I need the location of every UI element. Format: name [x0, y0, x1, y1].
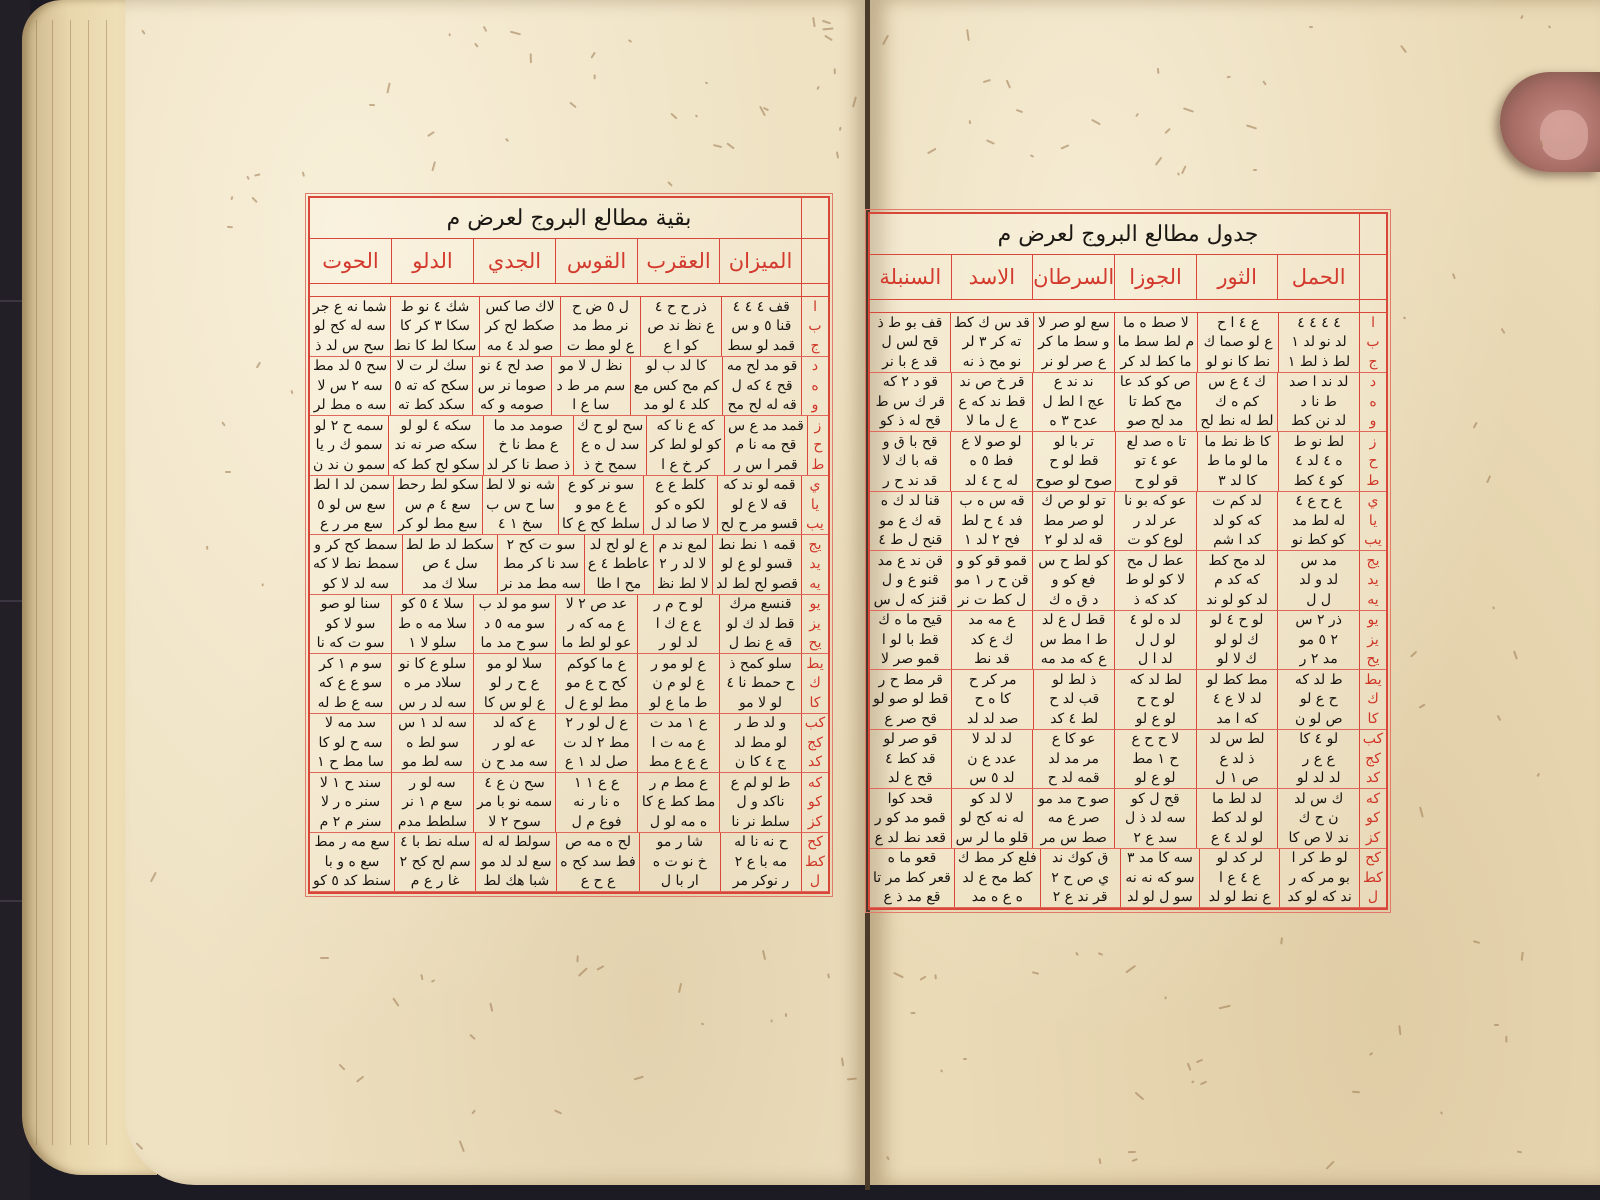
table-value: صر ع مه — [1033, 809, 1114, 829]
table-cell-column: ل ٥ ض حنر مط مدع لو مط ت — [560, 297, 640, 356]
table-value: لر كد لو — [1200, 849, 1279, 869]
table-value: قو لو ح — [1116, 471, 1196, 491]
table-value: لاك صا كس — [480, 297, 559, 317]
column-header: الاسد — [951, 255, 1033, 299]
table-value: سلط نر نا — [720, 812, 801, 832]
table-value: لو ع لو — [1115, 769, 1196, 789]
table-value: ما كط لد كر — [1115, 352, 1197, 372]
index-column: ابج — [801, 297, 828, 356]
table-cell-column: قنا لد ك هقه ك ع موقنح ل ط ٤ — [870, 492, 951, 551]
table-value: سك لر ت لا — [391, 357, 472, 377]
row-index-numeral: كط — [1360, 868, 1386, 888]
table-cell-column: مد سلد و لدل ل — [1277, 551, 1359, 610]
table-value: لد لط ما — [1197, 789, 1278, 809]
table-value: قن ح ر ١ مو — [952, 571, 1033, 591]
row-index-numeral: ه — [1360, 392, 1386, 412]
row-index-numeral: ا — [1360, 313, 1386, 333]
index-column: يطككا — [801, 654, 828, 713]
table-value: سو م ١ كر — [310, 654, 391, 674]
table-value: ع لو مط ت — [561, 336, 640, 356]
table-value: قمو مد كو ر — [870, 809, 951, 829]
table-value: سه مد ح ن — [474, 753, 555, 773]
table-value: لد كم ت — [1197, 492, 1278, 512]
row-index-numeral: كا — [1360, 709, 1386, 729]
table-value: ط لو لم ع — [720, 773, 801, 793]
table-value: ذ لد ع — [1197, 749, 1278, 769]
row-index-numeral: يه — [1360, 590, 1386, 610]
table-value: ه ع ه مد — [955, 888, 1040, 908]
table-value: قد ع با نر — [870, 352, 950, 372]
table-value: مط لو ع ل — [556, 693, 637, 713]
table-value: سه لو ر — [392, 773, 473, 793]
table-value: قسو لو ع لو — [713, 555, 801, 575]
table-value: لد لد لو — [1278, 769, 1359, 789]
table-cell-column: قح ل كوسه لد ذ لسد ع ٢ — [1114, 789, 1196, 848]
table-value: قع مد ذ ع — [870, 888, 954, 908]
header-spacer — [870, 300, 1386, 313]
table-value: سوح ٢ لا — [474, 812, 555, 832]
thumbnail — [1540, 110, 1588, 160]
row-index-numeral: كه — [802, 773, 828, 793]
index-column: يويزيح — [1359, 611, 1386, 670]
table-value: ه مه لو ل — [638, 812, 719, 832]
table-value: سد نا كر مط — [498, 555, 584, 575]
column-header: القوس — [555, 239, 637, 283]
table-value: سلا ك مد — [403, 574, 497, 594]
table-value: سكو لط رحط — [394, 476, 482, 496]
table-value: ه نا ر نه — [556, 793, 637, 813]
table-value: لو ح ح — [1115, 690, 1196, 710]
table-value: سو ت كه نا — [310, 634, 391, 654]
table-value: لد نن كط — [1278, 412, 1359, 432]
index-column: ييايب — [801, 476, 828, 535]
table-cell-column: ع ح ع ٤له لط مدكو كط نو — [1277, 492, 1359, 551]
column-header: الثور — [1196, 255, 1278, 299]
table-cell-column: كو لط ح سفع كو ود ق ه ك — [1032, 551, 1114, 610]
table-value: لد لد لا — [952, 730, 1033, 750]
row-index-numeral: ي — [802, 476, 828, 496]
table-value: ع صر لو نر — [1034, 352, 1114, 372]
table-cell-column: سك لر ت لاسكح كه ته ٥سكد كط ته — [390, 357, 472, 416]
row-group: دهوقو مد لح مهقح ٤ كه لقه له لح محكا لد … — [310, 357, 828, 417]
table-value: عج ا لط ل — [1033, 392, 1114, 412]
row-index-numeral: كط — [802, 852, 828, 872]
table-value: لو ٤ كا — [1278, 730, 1359, 750]
table-value: لا كو لو ط — [1115, 571, 1196, 591]
table-value: شبا هك لط — [476, 872, 556, 892]
table-value: قر ك س ط — [870, 392, 951, 412]
table-cell-column: لد لط مالو لد كطلو لد ٤ ع — [1196, 789, 1278, 848]
row-group: كحكطللو ط كر ابو مر كه رند كه لو كدلر كد… — [870, 849, 1386, 909]
table-value: قعو ما ه — [870, 849, 954, 869]
table-value: و سط ما كر — [1034, 333, 1114, 353]
table-value: نط كا نو لو — [1198, 352, 1278, 372]
header-spacer — [310, 284, 828, 297]
table-cell-column: ك ٤ ع سكم ه كلط له نط لح — [1196, 373, 1278, 432]
row-index-numeral: كز — [802, 812, 828, 832]
column-header: العقرب — [637, 239, 719, 283]
table-value: سع مه ر مط — [310, 833, 394, 853]
table-value: سلا مه ه ط — [392, 614, 473, 634]
row-index-numeral: كح — [1360, 849, 1386, 869]
table-value: تر با لو — [1033, 432, 1116, 452]
table-value: ذ صط نا كر لد — [484, 455, 573, 475]
table-value: قد نط — [952, 650, 1033, 670]
table-cell-column: ع ما كوكمكح ح ع مومط لو ع ل — [555, 654, 637, 713]
paper-fiber — [576, 955, 578, 962]
table-cell-column: شما نه ع جرسه له كح لوسح س لد ذ — [310, 297, 390, 356]
column-header: الجدي — [473, 239, 555, 283]
column-header: الحوت — [310, 239, 391, 283]
table-cell-column: صومد مد ماع مط نا خذ صط نا كر لد — [483, 416, 573, 475]
table-value: ص ١ ل — [1197, 769, 1278, 789]
table-cell-column: سو نر كو عع ع مو وسلط كح ع كا — [558, 476, 643, 535]
table-value: ط ما ع لو — [638, 693, 719, 713]
table-value: له ح ٤ لد — [951, 471, 1031, 491]
table-value: سه مط مد نر — [498, 574, 584, 594]
table-value: ند ند ع — [1033, 373, 1114, 393]
row-index-numeral: كد — [802, 753, 828, 773]
table-value: كه ا مد — [1197, 709, 1278, 729]
table-value: ما لو ما ط — [1198, 452, 1278, 472]
row-group: كبكجكدلو ٤ كاع ع رلد لد لولط س لدذ لد عص… — [870, 730, 1386, 790]
table-cell-column: ح نه نا لهمه با ع ٢ر نوكر مر — [720, 833, 801, 892]
table-value: سع مر ر ع — [310, 515, 393, 535]
table-value: ح ١ مط — [1115, 749, 1196, 769]
table-value: ك لا لو — [1197, 650, 1278, 670]
table-value: قمد مد ع س — [725, 416, 807, 436]
row-index-numeral: كب — [802, 714, 828, 734]
table-cell-column: ع ع ١ ١ه نا ر نهفوع م ل — [555, 773, 637, 832]
row-index-numeral: يو — [1360, 611, 1386, 631]
table-value: ع لو م ن — [638, 674, 719, 694]
table-value: سمح خ ذ — [574, 455, 646, 475]
index-column: زحط — [807, 416, 828, 475]
table-cell-column: ك س لدن ح كند لا ص كا — [1277, 789, 1359, 848]
table-value: سمو ن ند ن — [310, 455, 388, 475]
table-cell-column: كا ظ نط ماما لو ما طكا لد ٣ — [1197, 432, 1278, 491]
table-value: قمد لو سط — [722, 336, 801, 356]
table-cell-column: سح ن ع ٤سمه نو با مرسوح ٢ لا — [473, 773, 555, 832]
table-value: صو ح مد مو — [1033, 789, 1114, 809]
table-value: لد لا ع ٤ — [1197, 690, 1278, 710]
table-value: ك لو لو — [1197, 630, 1278, 650]
table-value: قط ل ع لد — [1033, 611, 1114, 631]
table-value: قلو ما لر س — [952, 828, 1033, 848]
table-value: قو مد لح مه — [723, 357, 801, 377]
row-group: ييايبع ح ع ٤له لط مدكو كط نولد كم تكه كو… — [870, 492, 1386, 552]
table-value: سنر م ٢ م — [310, 812, 391, 832]
table-value: سد ع ٢ — [1115, 828, 1196, 848]
table-value: ر نوكر مر — [721, 872, 801, 892]
table-value: سكه ٤ لو لو — [389, 416, 482, 436]
row-index-numeral: كز — [1360, 828, 1386, 848]
row-index-numeral: ك — [1360, 690, 1386, 710]
table-value: سلطط مدم — [392, 812, 473, 832]
table-cell-column: قنسع مركقط لد ك لوقه ع نط ل — [719, 595, 801, 654]
table-value: كح ح ع مو — [556, 674, 637, 694]
paper-fiber — [1309, 26, 1313, 28]
row-group: يطككاسلو كمح ذح حمط نا ٤لو لا موع لو مو … — [310, 654, 828, 714]
table-cell-column: عو كه بو ناعر لد رلوع كو ت — [1114, 492, 1196, 551]
row-index-numeral: ط — [1360, 471, 1386, 491]
table-value: كا لد ب لو — [631, 357, 722, 377]
table-cell-column: قحد كواقمو مد كو رقعد نط لد ع — [870, 789, 951, 848]
table-cell-column: كه ع نا كهكو لو لط كركر خ ع ا — [646, 416, 724, 475]
table-value: سح س لد ذ — [310, 336, 390, 356]
table-value: سع لد لد مو — [476, 852, 556, 872]
table-value: سولط له له — [476, 833, 556, 853]
index-column: يجيديه — [801, 535, 828, 594]
table-cell-column: لط نو طه ٤ لد ٤كو ٤ كط — [1278, 432, 1359, 491]
table-cell-column: سلو كمح ذح حمط نا ٤لو لا مو — [719, 654, 801, 713]
table-value: لو صو لا ع — [951, 432, 1031, 452]
table-value: قمو صر لا — [870, 650, 951, 670]
table-value: قه لد لو ٢ — [1033, 531, 1114, 551]
table-value: لد ند ا صد — [1278, 373, 1359, 393]
row-index-numeral: يط — [802, 654, 828, 674]
table-value: مح ا طا — [585, 574, 653, 594]
table-value: ع ح ر لو — [474, 674, 555, 694]
table-value: سو ل لو لد — [1121, 888, 1200, 908]
table-cell-column: شك ٤ نو طسكا ٣ كر كاسكا لط كا نط — [390, 297, 480, 356]
table-cell-column: ذر ح ح ٤ع نظ ند صكو ا ع — [640, 297, 720, 356]
index-column: ييايب — [1359, 492, 1386, 551]
table-value: ع لو س كا — [474, 693, 555, 713]
table-value: سو ح مد ما — [474, 634, 555, 654]
row-group: ابج٤ ٤ ٤ ٤لد نو لد ١لط ذ لط ١ع ٤ ا حع لو… — [870, 313, 1386, 373]
left-table-body: ابجقف ٤ ٤ ٤قنا ٥ و سقمد لو سطذر ح ح ٤ع ن… — [310, 297, 828, 892]
table-value: لد نو لد ١ — [1279, 333, 1359, 353]
row-group: كحكطلح نه نا لهمه با ع ٢ر نوكر مرشا ر مو… — [310, 833, 828, 893]
table-value: سا مط ح ١ — [310, 753, 391, 773]
row-index-numeral: يد — [1360, 571, 1386, 591]
table-value: سع مط لو كر — [394, 515, 482, 535]
table-value: قنز كه ل س — [870, 590, 951, 610]
table-value: لو ح ٤ لو — [1197, 611, 1278, 631]
table-value: قمه لو ند كه — [718, 476, 801, 496]
table-value: ند كه لو كد — [1280, 888, 1359, 908]
table-cell-column: و لد ط رلو مط لدج ٤ كا ن — [719, 714, 801, 773]
table-value: لو لا مو — [720, 693, 801, 713]
table-value: لا صط ه ما — [1115, 313, 1197, 333]
index-column: كبكجكد — [1359, 730, 1386, 789]
table-value: كو لط ح س — [1033, 551, 1114, 571]
table-cell-column: ع ٤ ا حع لو صما كنط كا نو لو — [1197, 313, 1278, 372]
table-value: صد لح ٤ نو — [473, 357, 551, 377]
table-value: سكا لط كا نط — [391, 336, 480, 356]
table-value: عاطط ٤ ع — [585, 555, 653, 575]
table-cell-column: تو لو ص كلو صر مطقه لد لو ٢ — [1032, 492, 1114, 551]
table-value: فط ٥ ه — [951, 452, 1031, 472]
table-cell-column: قن ند ع مدقنو ع و لقنز كه ل س — [870, 551, 951, 610]
table-value: كلد ٤ لو مد — [631, 396, 722, 416]
table-value: ع كه مد مه — [1033, 650, 1114, 670]
table-value: قح لس ل — [870, 333, 950, 353]
table-value: سمه نو با مر — [474, 793, 555, 813]
table-value: صوح لو صوح — [1033, 471, 1116, 491]
table-value: لط س لد — [1197, 730, 1278, 750]
index-header — [801, 239, 828, 283]
table-value: قحد كوا — [870, 789, 951, 809]
table-value: سكح كه ته ٥ — [391, 376, 472, 396]
table-value: لد ا ل — [1115, 650, 1196, 670]
table-value: سكط لد ط لط — [403, 535, 497, 555]
table-cell-column: ع مط م رمط كط ع كاه مه لو ل — [637, 773, 719, 832]
table-value: سه له كح لو — [310, 317, 390, 337]
table-cell-column: لط لد كهلو ح حلو ع لو — [1114, 670, 1196, 729]
table-value: ك ع كد — [952, 630, 1033, 650]
table-value: ته كر ٣ لر — [951, 333, 1033, 353]
table-value: لا لط نظ — [654, 574, 712, 594]
right-table-body: ابج٤ ٤ ٤ ٤لد نو لد ١لط ذ لط ١ع ٤ ا حع لو… — [870, 313, 1386, 908]
table-value: قه ك ع مو — [870, 511, 951, 531]
column-header: الدلو — [391, 239, 473, 283]
table-value: قنو ع و ل — [870, 571, 951, 591]
table-value: ع نظ ند ص — [641, 317, 720, 337]
table-value: لا ح ح ع — [1115, 730, 1196, 750]
table-cell-column: عد ص ٢ لاع مه كه رعو لو لط ما — [555, 595, 637, 654]
row-index-numeral: ح — [808, 436, 828, 456]
table-value: قمه ١ نط نط — [713, 535, 801, 555]
table-value: ه ٤ لد ٤ — [1279, 452, 1359, 472]
table-value: فلع كر مط ك — [955, 849, 1040, 869]
row-index-numeral: كو — [802, 793, 828, 813]
table-cell-column: قمه لو ند كهقه لا ع لوقسو مر ح لح — [717, 476, 801, 535]
table-value: سكا ٣ كر كا — [391, 317, 480, 337]
page-edge-line — [106, 20, 107, 1145]
row-index-numeral: ه — [802, 376, 828, 396]
table-cell-column: سح ٥ لد مطسه ٢ س لاسه ه مط لر — [310, 357, 390, 416]
table-value: ع لو لح لد — [585, 535, 653, 555]
table-cell-column: ع كه لدعه لو رسه مد ح ن — [473, 714, 555, 773]
table-value: ج ٤ كا ن — [720, 753, 801, 773]
table-value: قنا ٥ و س — [722, 317, 801, 337]
table-value: سو لا كو — [310, 614, 391, 634]
table-value: قه لا ع لو — [718, 495, 801, 515]
paper-fiber — [1506, 1035, 1508, 1042]
table-value: سه ع ط له — [310, 693, 391, 713]
table-value: قن ند ع مد — [870, 551, 951, 571]
table-value: ق كوك ند — [1041, 849, 1120, 869]
table-value: عط ل مح — [1115, 551, 1196, 571]
table-cell-column: قمد مد ع سقح مه نا مقمر ا س ر — [724, 416, 807, 475]
row-index-numeral: كا — [802, 693, 828, 713]
table-value: ند لا ص كا — [1278, 828, 1359, 848]
row-group: يويزيحقنسع مركقط لد ك لوقه ع نط للو ح م … — [310, 595, 828, 655]
table-value: قر خ ص ند — [952, 373, 1033, 393]
row-index-numeral: يح — [802, 634, 828, 654]
table-cell-column: سمه ح ٢ لوسمو ك ر ياسمو ن ند ن — [310, 416, 388, 475]
table-value: قصو لح لط لد — [713, 574, 801, 594]
table-value: لا لد ر ٢ — [654, 555, 712, 575]
table-value: ٤ ٤ ٤ ٤ — [1279, 313, 1359, 333]
table-value: ع ح ع — [557, 872, 638, 892]
table-value: عو لو لط ما — [556, 634, 637, 654]
table-cell-column: سلا لو موع ح ر لوع لو س كا — [473, 654, 555, 713]
row-group: زحطقمد مد ع سقح مه نا مقمر ا س ركه ع نا … — [310, 416, 828, 476]
table-value: قط با لو ا — [870, 630, 951, 650]
table-value: قح مه نا م — [725, 436, 807, 456]
table-value: سو مو لد ب — [474, 595, 555, 615]
table-value: شما نه ع جر — [310, 297, 390, 317]
table-value: مه با ع ٢ — [721, 852, 801, 872]
table-value: سه ه مط لر — [310, 396, 390, 416]
table-value: بو مر كه ر — [1280, 868, 1359, 888]
table-value: قيح ما ه ك — [870, 611, 951, 631]
table-value: سل ٤ ص — [403, 555, 497, 575]
table-cell-column: لو ح ٤ لوك لو لوك لا لو — [1196, 611, 1278, 670]
table-cell-column: ط لد كهح ع لوص لو ن — [1277, 670, 1359, 729]
table-value: كر خ ع ا — [647, 455, 724, 475]
page-edge-line — [70, 20, 71, 1145]
table-value: لو ل ل — [1115, 630, 1196, 650]
table-value: سد مه لا — [310, 714, 391, 734]
table-value: ح نه نا له — [721, 833, 801, 853]
table-value: قه با ك لا — [870, 452, 950, 472]
page-edge-line — [88, 20, 89, 1145]
table-value: قر مط ح ر — [870, 670, 951, 690]
table-value: قه س ه ب — [952, 492, 1033, 512]
table-cell-column: شه نو لا لطسا ح س بسخ ١ ٤ — [482, 476, 558, 535]
table-value: له نه كح لو — [952, 809, 1033, 829]
table-cell-column: مر كر حكا ه حصد لد لد — [951, 670, 1033, 729]
index-column: كبكجكد — [801, 714, 828, 773]
row-index-numeral: ج — [802, 336, 828, 356]
index-column: كحكطل — [1359, 849, 1386, 908]
table-value: قف ٤ ٤ ٤ — [722, 297, 801, 317]
table-value: قنسع مرك — [720, 595, 801, 615]
table-value: كم ه ك — [1197, 392, 1278, 412]
table-cell-column: قر خ ص ندقط ند كه عع ل ما لا — [951, 373, 1033, 432]
table-value: صومد مد ما — [484, 416, 573, 436]
table-value: فوع م ل — [556, 812, 637, 832]
table-value: فد ٤ ح لط — [952, 511, 1033, 531]
table-value: قعد نط لد ع — [870, 828, 951, 848]
row-index-numeral: يز — [1360, 630, 1386, 650]
table-cell-column: ع ١ مد تع مه ت اع ع ع مط — [637, 714, 719, 773]
paper-fiber — [701, 1022, 705, 1025]
row-index-numeral: كد — [1360, 769, 1386, 789]
table-value: ع لو مو ر — [638, 654, 719, 674]
table-value: سنا لو صو — [310, 595, 391, 615]
table-value: لط له نط لح — [1197, 412, 1278, 432]
row-index-numeral: ي — [1360, 492, 1386, 512]
table-value: سح لو ح ك — [574, 416, 646, 436]
row-index-numeral: ك — [802, 674, 828, 694]
table-value: مد لح صو — [1115, 412, 1196, 432]
table-cell-column: ع ل لو ر ٢مط ٢ لد تصل لد ١ ع — [555, 714, 637, 773]
table-value: قف بو ط ذ — [870, 313, 950, 333]
row-index-numeral: د — [1360, 373, 1386, 393]
table-value: تو لو ص ك — [1033, 492, 1114, 512]
row-group: يجيديهمد سلد و لدل للد مح كطكه كد ملد كو… — [870, 551, 1386, 611]
table-value: سلا لو مو — [474, 654, 555, 674]
table-value: شك ٤ نو ط — [391, 297, 480, 317]
table-value: سلو كمح ذ — [720, 654, 801, 674]
table-value: لوع كو ت — [1115, 531, 1196, 551]
column-header: الحمل — [1277, 255, 1359, 299]
table-value: ط ا مط س — [1033, 630, 1114, 650]
row-index-numeral: يج — [1360, 551, 1386, 571]
row-index-numeral: يج — [802, 535, 828, 555]
row-group: كبكجكدو لد ط رلو مط لدج ٤ كا نع ١ مد تع … — [310, 714, 828, 774]
table-cell-column: قر مط ح رقط لو صو لوقح صر ع — [870, 670, 951, 729]
table-value: لمع ند م — [654, 535, 712, 555]
table-value: فح ٢ لد ١ — [952, 531, 1033, 551]
table-value: نظ ل لا مو — [552, 357, 630, 377]
table-cell-column: قح با ق وقه با ك لاقد ند ح ر — [870, 432, 950, 491]
